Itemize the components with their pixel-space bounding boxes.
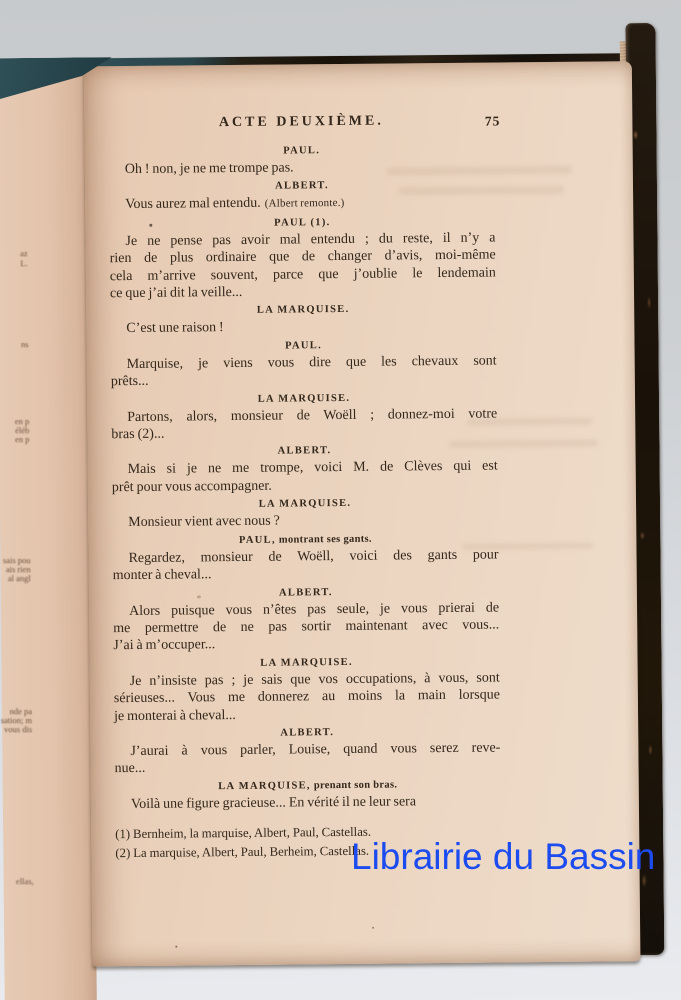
dialogue-line: sérieuses... Vous me donnerez au moins l…: [114, 687, 500, 708]
dialogue-entry: PAUL (1).Je ne pense pas avoir mal enten…: [109, 215, 496, 302]
speaker-heading: ALBERT.: [113, 585, 499, 601]
gutter-text-fragment: en p: [0, 417, 29, 426]
text-column: ACTE DEUXIÈME. 75 PAUL.Oh ! non, je ne m…: [108, 113, 501, 864]
dialogue-line: Monsieur vient avec nous ?: [112, 511, 498, 532]
speaker-name: LA MARQUISE,: [218, 780, 311, 792]
gutter-page-edge: azL.nsen pélében psais pouais rienal ang…: [0, 72, 97, 1000]
dialogue-line: je monterai à cheval...: [114, 704, 500, 725]
dialogue-line-text: Voilà une figure gracieuse... En vérité …: [131, 794, 416, 812]
dialogue-line-text: J’ai à m’occuper...: [113, 638, 215, 654]
dialogue-entry: ALBERT.Vous aurez mal entendu.(Albert re…: [109, 179, 495, 215]
book-page: ACTE DEUXIÈME. 75 PAUL.Oh ! non, je ne m…: [84, 61, 641, 966]
dialogue-line: monter à cheval...: [113, 564, 499, 585]
gutter-text-fragment: sation; m: [0, 716, 32, 725]
dialogue-line-text: nue...: [114, 761, 145, 776]
bleed-through-mark: [467, 418, 592, 426]
dialogue-line: prêt pour vous accompagner.: [112, 475, 498, 496]
dialogue-line: prêts...: [111, 370, 497, 391]
speaker-name: ALBERT.: [279, 587, 333, 599]
stain-speck: [372, 927, 374, 929]
dialogue-line-text: Je ne pense pas avoir mal entendu ; du r…: [125, 230, 495, 249]
dialogue-line-text: C’est une raison !: [126, 321, 223, 337]
speaker-heading: PAUL.: [110, 338, 496, 354]
dialogue-line-text: Mais si je ne me trompe, voici M. de Clè…: [128, 459, 498, 478]
dialogue-line-text: Marquise, je viens vous dire que les che…: [127, 353, 497, 372]
dialogue-line-text: bras (2)...: [111, 427, 164, 443]
dialogue-line: Voilà une figure gracieuse... En vérité …: [115, 792, 501, 813]
speaker-heading: PAUL.: [109, 143, 495, 159]
speaker-heading: LA MARQUISE.: [114, 655, 500, 671]
gutter-text-fragment: ais rien: [0, 565, 31, 574]
page-number: 75: [485, 113, 501, 129]
dialogue-line-text: Alors puisque vous n’êtes pas seule, je …: [129, 600, 499, 619]
gutter-text-fragment: al angl: [0, 574, 31, 583]
dialogue-line: Mais si je ne me trompe, voici M. de Clè…: [112, 458, 498, 479]
gutter-text-fragment: ellas,: [0, 877, 34, 886]
dialogue-line: Vous aurez mal entendu.(Albert remonte.): [109, 193, 495, 215]
stage-direction: prenant son bras.: [314, 779, 397, 791]
dialogue-line: J’ai à m’occuper...: [113, 634, 499, 655]
gutter-text-fragment: nde pa: [0, 707, 32, 716]
dialogue-entry: ALBERT.J’aurai à vous parler, Louise, qu…: [114, 725, 500, 778]
dialogue-line-text: J’aurai à vous parler, Louise, quand vou…: [130, 740, 500, 759]
speaker-name: PAUL (1).: [274, 217, 331, 229]
speaker-heading: LA MARQUISE,prenant son bras.: [115, 778, 501, 794]
dialogue-line: ce que j’ai dit la veille...: [110, 282, 496, 303]
gutter-text-fragment: éléb: [0, 426, 29, 435]
dialogue-entry: ALBERT.Alors puisque vous n’êtes pas seu…: [113, 585, 500, 655]
gutter-text-fragment: sais pou: [0, 556, 31, 565]
dialogue-entry: ALBERT.Mais si je ne me trompe, voici M.…: [111, 444, 497, 497]
dialogue-line-text: Monsieur vient avec nous ?: [128, 514, 280, 530]
dialogue-line: C’est une raison !: [110, 317, 496, 338]
gutter-text-fragment: vous dis: [0, 725, 32, 734]
dialogue-line-text: Partons, alors, monsieur de Woëll ; donn…: [127, 406, 497, 425]
inline-stage-note: (Albert remonte.): [265, 197, 345, 210]
dialogue-entry: LA MARQUISE,prenant son bras.Voilà une f…: [115, 778, 501, 813]
speaker-heading: LA MARQUISE.: [110, 303, 496, 319]
dialogue-line-text: ce que j’ai dit la veille...: [110, 285, 242, 301]
bookseller-watermark: Librairie du Bassin: [351, 836, 655, 878]
speaker-name: LA MARQUISE.: [258, 393, 351, 405]
dialogue-line-text: me permettre de ne pas sortir maintenant…: [113, 617, 499, 636]
speaker-name: LA MARQUISE.: [260, 657, 353, 669]
speaker-heading: ALBERT.: [114, 725, 500, 741]
running-header: ACTE DEUXIÈME. 75: [108, 113, 494, 137]
gutter-text-fragment: az: [0, 249, 28, 258]
speaker-heading: ALBERT.: [111, 444, 497, 460]
dialogue-line-text: rien de plus ordinaire que de changer d’…: [110, 248, 496, 267]
speaker-name: PAUL.: [283, 145, 320, 156]
speaker-name: PAUL.: [285, 340, 322, 351]
bleed-through-mark: [399, 186, 564, 196]
bleed-through-mark: [462, 543, 592, 550]
dialogue-line-text: prêts...: [111, 374, 149, 389]
dialogue-line-text: je monterai à cheval...: [114, 708, 236, 724]
dialogue-entry: PAUL.Marquise, je viens vous dire que le…: [110, 338, 496, 391]
dialogue-line: cela m’arrive souvent, parce que j’oubli…: [110, 264, 496, 285]
speaker-heading: LA MARQUISE.: [112, 497, 498, 513]
gutter-text-fragment: en p: [0, 435, 29, 444]
speaker-name: ALBERT.: [275, 180, 329, 192]
dialogue-entry: LA MARQUISE.Je n’insiste pas ; je sais q…: [114, 655, 501, 725]
dialogue-line-text: Oh ! non, je ne me trompe pas.: [125, 160, 294, 177]
speaker-name: ALBERT.: [278, 446, 332, 458]
dialogue-entry: LA MARQUISE.Partons, alors, monsieur de …: [111, 391, 497, 444]
dialogue-entry: LA MARQUISE.Monsieur vient avec nous ?: [112, 497, 498, 532]
stage-direction: montrant ses gants.: [279, 533, 372, 545]
speaker-name: ALBERT.: [280, 727, 334, 739]
dialogue: PAUL.Oh ! non, je ne me trompe pas.ALBER…: [109, 143, 501, 813]
dialogue-entry: LA MARQUISE.C’est une raison !: [110, 303, 496, 338]
dialogue-line-text: Je n’insiste pas ; je sais que vos occup…: [130, 670, 500, 689]
bleed-through-mark: [449, 440, 597, 448]
dialogue-line-text: sérieuses... Vous me donnerez au moins l…: [114, 688, 500, 707]
dialogue-line-text: monter à cheval...: [113, 567, 212, 583]
speaker-name: PAUL,: [239, 534, 276, 545]
speaker-name: LA MARQUISE.: [259, 498, 352, 510]
dialogue-line-text: Regardez, monsieur de Woëll, voici des g…: [128, 547, 498, 566]
speaker-heading: LA MARQUISE.: [111, 391, 497, 407]
dialogue-entry: PAUL,montrant ses gants.Regardez, monsie…: [112, 532, 498, 585]
dialogue-line-text: Vous aurez mal entendu.: [125, 196, 261, 212]
speaker-heading: PAUL (1).: [109, 215, 495, 231]
speaker-heading: PAUL,montrant ses gants.: [112, 532, 498, 548]
stain-speck: [175, 946, 177, 948]
dialogue-line: nue...: [114, 757, 500, 778]
speaker-name: LA MARQUISE.: [257, 304, 350, 316]
dialogue-line-text: cela m’arrive souvent, parce que j’oubli…: [110, 265, 496, 284]
act-title: ACTE DEUXIÈME.: [108, 113, 494, 133]
dialogue-line-text: prêt pour vous accompagner.: [112, 479, 272, 496]
gutter-text-fragment: ns: [0, 340, 28, 349]
dialogue-line: bras (2)...: [111, 423, 497, 444]
gutter-text-fragment: L.: [0, 259, 28, 268]
